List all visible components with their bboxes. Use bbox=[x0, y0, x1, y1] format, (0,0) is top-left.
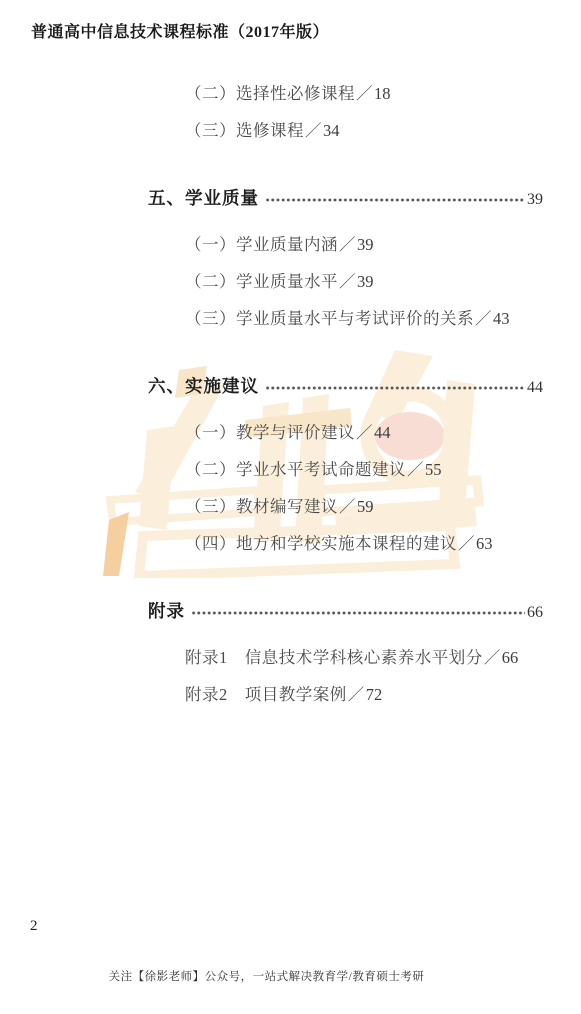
toc-entry-separator: ／ bbox=[458, 534, 475, 553]
toc-entry-separator: ／ bbox=[348, 685, 365, 704]
toc-entry-page: 34 bbox=[323, 121, 340, 140]
toc-entry: （一）学业质量内涵／39 bbox=[148, 233, 543, 257]
toc-entry-page: 55 bbox=[425, 460, 442, 479]
toc-entry-label: （二）学业质量水平 bbox=[185, 272, 338, 291]
toc-entry-page: 44 bbox=[374, 423, 391, 442]
toc-heading-label: 附录 bbox=[148, 598, 185, 624]
toc-item-list: （一）学业质量内涵／39（二）学业质量水平／39（三）学业质量水平与考试评价的关… bbox=[148, 233, 543, 331]
toc-entry-label: （三）选修课程 bbox=[185, 121, 304, 140]
toc-entry: （二）学业质量水平／39 bbox=[148, 270, 543, 294]
toc-entry: （二）学业水平考试命题建议／55 bbox=[148, 458, 543, 482]
toc-entry: （四）地方和学校实施本课程的建议／63 bbox=[148, 532, 543, 556]
page-number: 2 bbox=[30, 918, 38, 935]
toc-entry-separator: ／ bbox=[407, 460, 424, 479]
toc-item-list: 附录1 信息技术学科核心素养水平划分／66附录2 项目教学案例／72 bbox=[148, 646, 543, 707]
toc-entry-separator: ／ bbox=[356, 84, 373, 103]
toc-entry: （一）教学与评价建议／44 bbox=[148, 421, 543, 445]
toc-entry-label: （二）学业水平考试命题建议 bbox=[185, 460, 406, 479]
toc-entry-label: 附录2 项目教学案例 bbox=[185, 685, 347, 704]
toc-entry-label: （二）选择性必修课程 bbox=[185, 84, 355, 103]
toc-entry: （二）选择性必修课程／18 bbox=[148, 82, 543, 106]
toc-entry-label: （四）地方和学校实施本课程的建议 bbox=[185, 534, 457, 553]
table-of-contents: （二）选择性必修课程／18（三）选修课程／34五、学业质量39（一）学业质量内涵… bbox=[148, 74, 543, 707]
toc-heading-label: 五、学业质量 bbox=[148, 185, 259, 211]
toc-section-heading: 五、学业质量39 bbox=[148, 185, 543, 211]
toc-entry-label: （三）教材编写建议 bbox=[185, 497, 338, 516]
toc-item-list: （一）教学与评价建议／44（二）学业水平考试命题建议／55（三）教材编写建议／5… bbox=[148, 421, 543, 556]
running-header-title: 普通高中信息技术课程标准（2017年版） bbox=[31, 19, 329, 42]
toc-item-list: （二）选择性必修课程／18（三）选修课程／34 bbox=[148, 82, 543, 143]
toc-entry-separator: ／ bbox=[339, 272, 356, 291]
toc-entry-label: （一）学业质量内涵 bbox=[185, 235, 338, 254]
toc-entry-label: （一）教学与评价建议 bbox=[185, 423, 355, 442]
toc-section: 五、学业质量39（一）学业质量内涵／39（二）学业质量水平／39（三）学业质量水… bbox=[148, 185, 543, 331]
document-page: 普通高中信息技术课程标准（2017年版） （二）选择性必修课程／18（三）选修课… bbox=[0, 0, 581, 1014]
toc-section-heading: 附录66 bbox=[148, 598, 543, 624]
toc-entry-separator: ／ bbox=[475, 309, 492, 328]
toc-entry-page: 72 bbox=[366, 685, 383, 704]
footer-note: 关注【徐影老师】公众号，一站式解决教育学/教育硕士考研 bbox=[0, 968, 557, 984]
toc-entry: （三）选修课程／34 bbox=[148, 119, 543, 143]
toc-section: （二）选择性必修课程／18（三）选修课程／34 bbox=[148, 82, 543, 143]
toc-entry-separator: ／ bbox=[356, 423, 373, 442]
toc-entry-label: 附录1 信息技术学科核心素养水平划分 bbox=[185, 648, 483, 667]
toc-entry-separator: ／ bbox=[339, 235, 356, 254]
toc-entry-page: 43 bbox=[493, 309, 510, 328]
toc-heading-page: 44 bbox=[527, 375, 543, 401]
toc-entry-separator: ／ bbox=[339, 497, 356, 516]
toc-entry-page: 39 bbox=[357, 235, 374, 254]
toc-heading-label: 六、实施建议 bbox=[148, 373, 259, 399]
toc-entry-page: 39 bbox=[357, 272, 374, 291]
toc-entry-page: 18 bbox=[374, 84, 391, 103]
toc-section: 六、实施建议44（一）教学与评价建议／44（二）学业水平考试命题建议／55（三）… bbox=[148, 373, 543, 556]
toc-entry-separator: ／ bbox=[305, 121, 322, 140]
toc-entry: 附录1 信息技术学科核心素养水平划分／66 bbox=[148, 646, 543, 670]
dot-leader bbox=[265, 192, 525, 208]
toc-entry-page: 59 bbox=[357, 497, 374, 516]
toc-entry: （三）学业质量水平与考试评价的关系／43 bbox=[148, 307, 543, 331]
dot-leader bbox=[191, 605, 525, 621]
toc-heading-page: 39 bbox=[527, 187, 543, 213]
toc-entry-page: 63 bbox=[476, 534, 493, 553]
dot-leader bbox=[265, 380, 525, 396]
toc-section: 附录66附录1 信息技术学科核心素养水平划分／66附录2 项目教学案例／72 bbox=[148, 598, 543, 707]
toc-entry-separator: ／ bbox=[484, 648, 501, 667]
toc-entry: （三）教材编写建议／59 bbox=[148, 495, 543, 519]
toc-section-heading: 六、实施建议44 bbox=[148, 373, 543, 399]
toc-entry-label: （三）学业质量水平与考试评价的关系 bbox=[185, 309, 474, 328]
toc-entry: 附录2 项目教学案例／72 bbox=[148, 683, 543, 707]
toc-entry-page: 66 bbox=[502, 648, 519, 667]
toc-heading-page: 66 bbox=[527, 600, 543, 626]
